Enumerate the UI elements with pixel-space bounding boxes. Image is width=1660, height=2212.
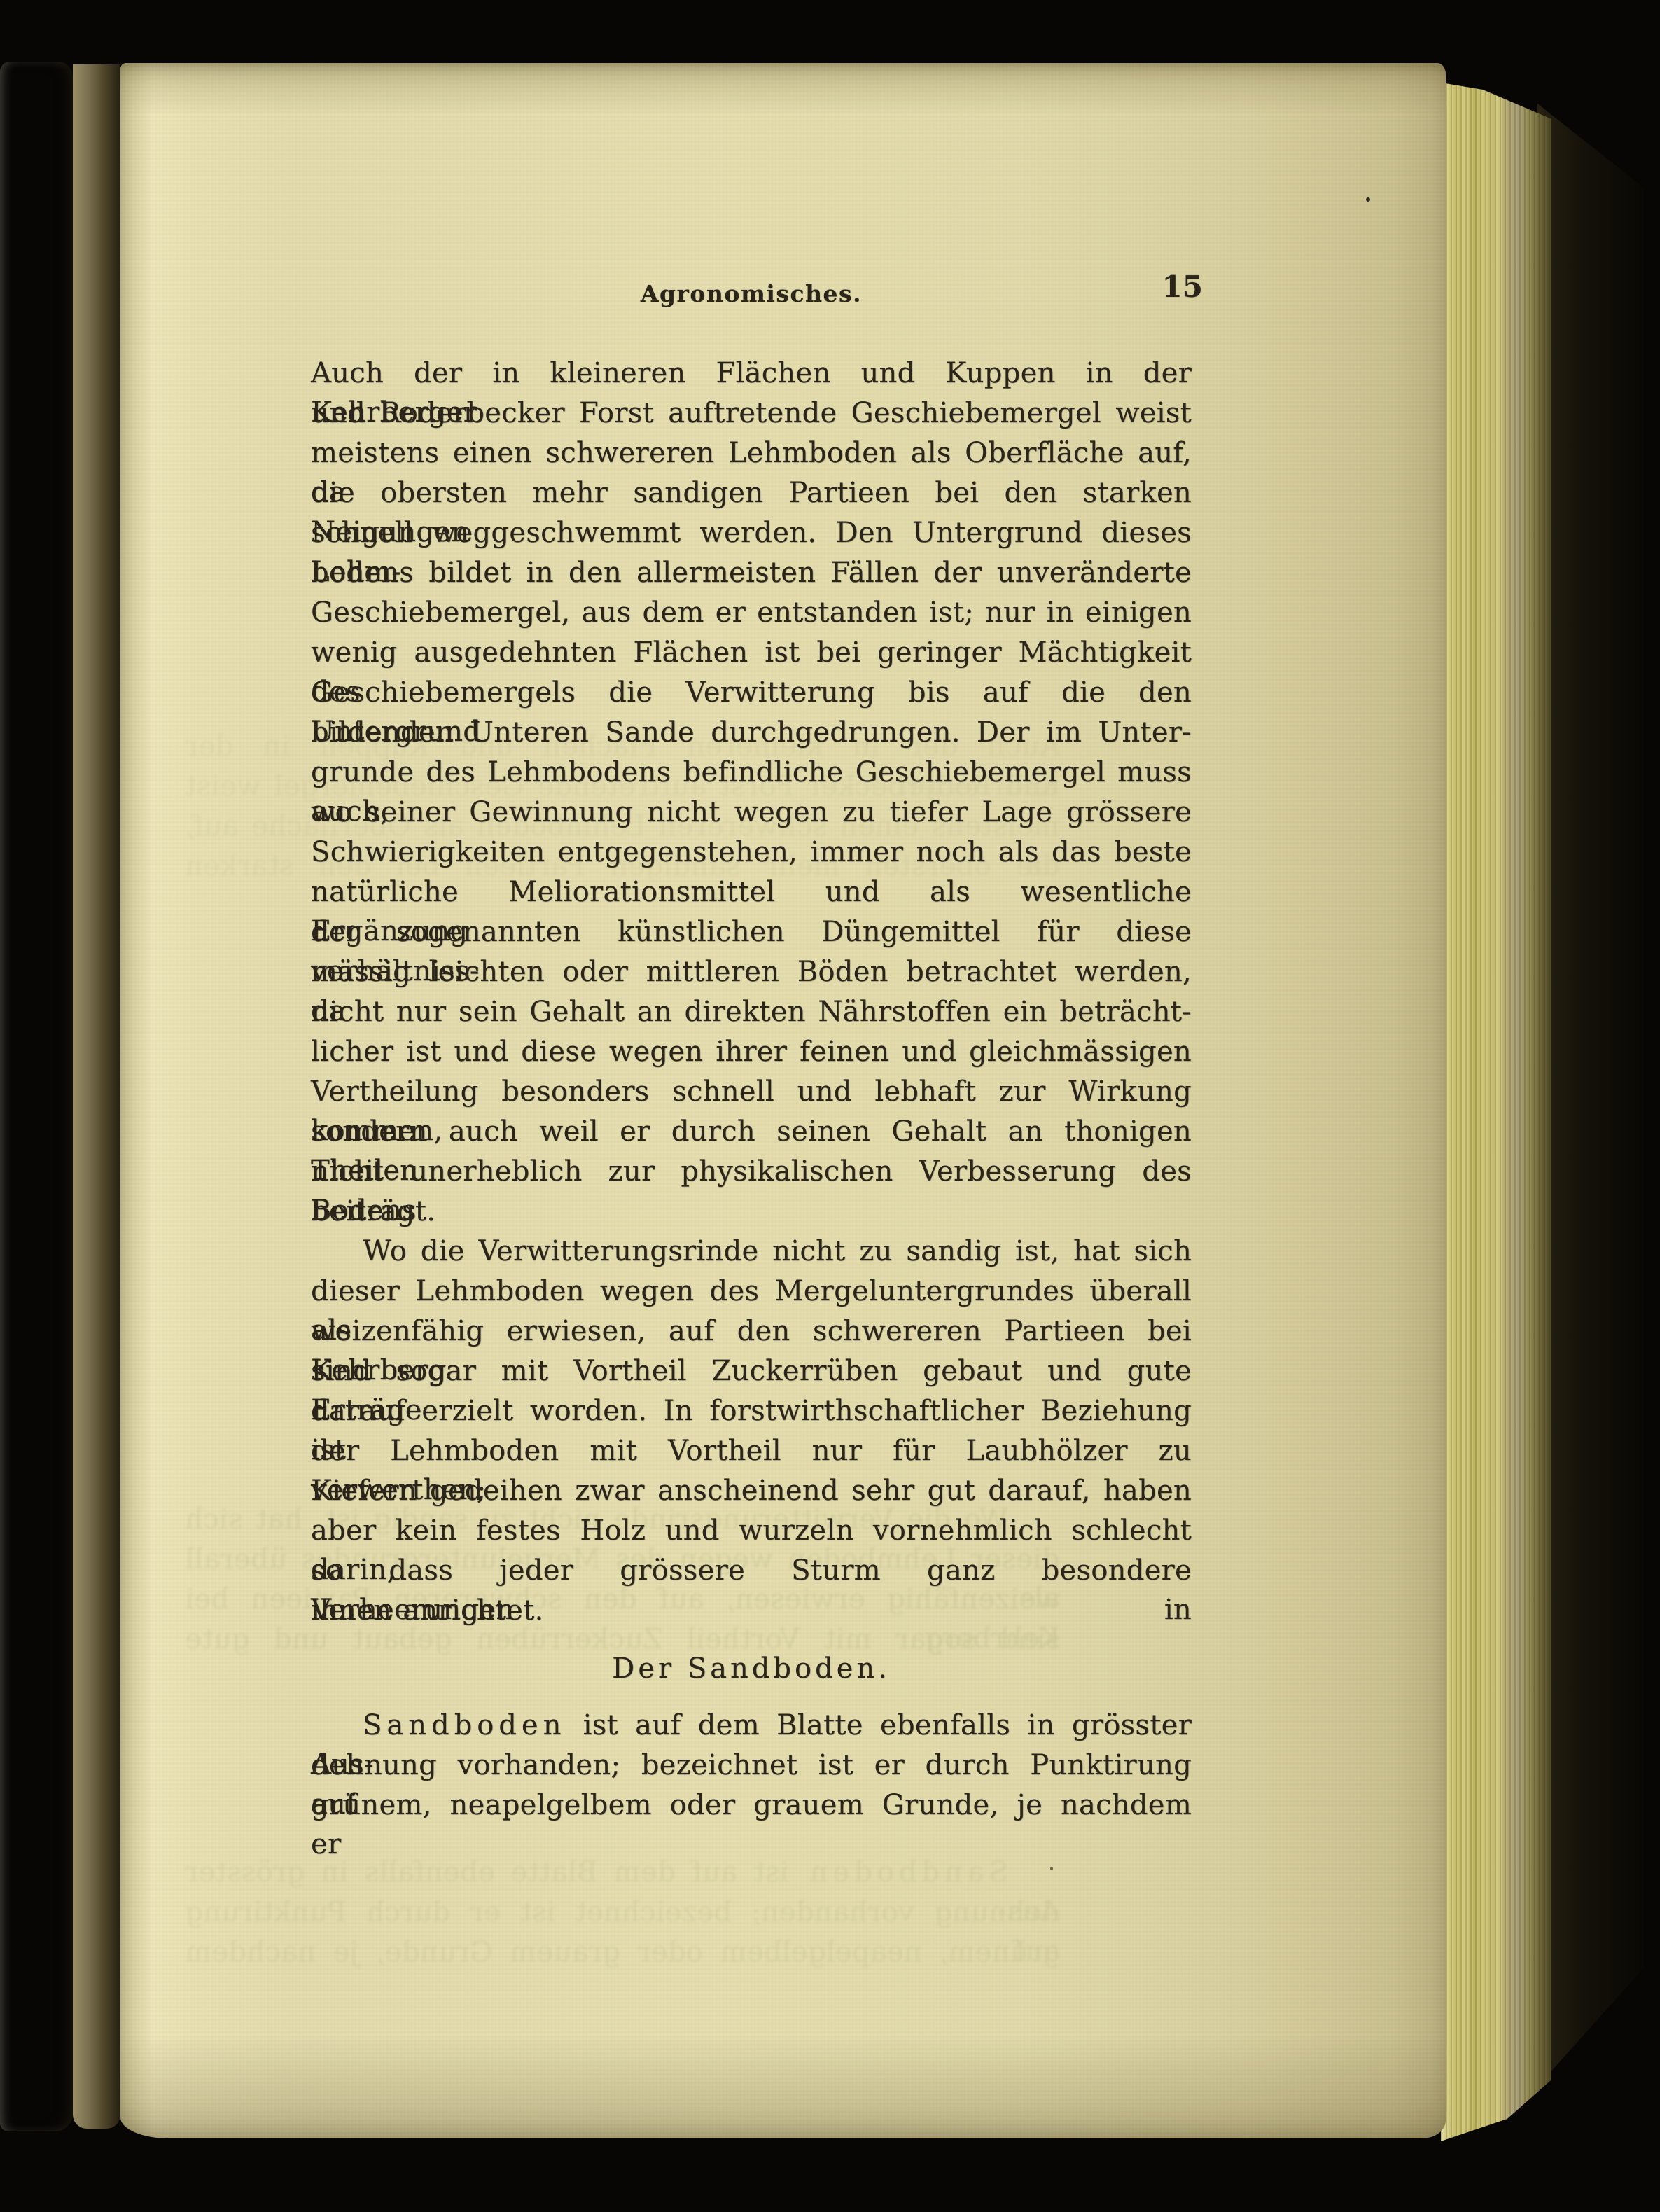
text-line: der sogenannten künstlichen Düngemittel … (311, 912, 1192, 952)
section-heading: Der Sandboden. (311, 1649, 1192, 1689)
book-cover-edge (1537, 104, 1644, 2122)
text-line: meistens einen schwereren Lehmboden als … (311, 433, 1192, 473)
running-header-title: Agronomisches. (311, 277, 1192, 312)
text-line: licher ist und diese wegen ihrer feinen … (311, 1032, 1192, 1072)
text-line: Geschiebemergel, aus dem er entstanden i… (311, 593, 1192, 633)
text-line: grunde des Lehmbodens befindliche Geschi… (311, 753, 1192, 793)
letterspaced-word: Sandboden (363, 1709, 566, 1741)
paragraph-3: Sandboden ist auf dem Blatte ebenfalls i… (311, 1706, 1192, 1825)
text-line: die obersten mehr sandigen Partieen bei … (311, 473, 1192, 513)
text-line: sondern auch weil er durch seinen Gehalt… (311, 1112, 1192, 1152)
page-number: 15 (1162, 270, 1203, 305)
text-line: und Roderbecker Forst auftretende Geschi… (311, 394, 1192, 433)
paper-speck (1366, 197, 1370, 202)
text-line: Kiefern gedeihen zwar anscheinend sehr g… (311, 1471, 1192, 1511)
text-line: natürliche Meliorationsmittel und als we… (311, 872, 1192, 912)
letterspaced-word: Sandboden (805, 1856, 1008, 1888)
paper-speck (1050, 1867, 1053, 1870)
text-line: Vertheilung besonders schnell und lebhaf… (311, 1072, 1192, 1112)
text-line: beiträgt. (311, 1192, 1192, 1232)
text-line: dehnung vorhanden; bezeichnet ist er dur… (311, 1746, 1192, 1786)
text-line: darauf erzielt worden. In forstwirthscha… (311, 1391, 1192, 1431)
text-line: weizenfähig erwiesen, auf den schwereren… (311, 1312, 1192, 1351)
book-page: Auch der in kleineren Flächen und Kuppen… (120, 63, 1446, 2138)
text-line: aber kein festes Holz und wurzeln vorneh… (311, 1511, 1192, 1551)
text-line: grünem, neapelgelbem oder grauem Grunde,… (185, 1933, 1060, 1973)
text-line: grünem, neapelgelbem oder grauem Grunde,… (311, 1786, 1192, 1825)
text-line: Sandboden ist auf dem Blatte ebenfalls i… (311, 1706, 1192, 1746)
facing-page-edge (0, 62, 73, 2131)
fore-edge-page-stack (1441, 78, 1551, 2144)
text-line: nicht nur sein Gehalt an direkten Nährst… (311, 992, 1192, 1032)
bleed-through-ghost: Sandboden ist auf dem Blatte ebenfalls i… (185, 1853, 1060, 1975)
text-line: der Lehmboden mit Vortheil nur für Laubh… (311, 1431, 1192, 1471)
text-line: dehnung vorhanden; bezeichnet ist er dur… (185, 1893, 1060, 1933)
gutter-shadow (73, 64, 120, 2129)
text-line: Wo die Verwitterungsrinde nicht zu sandi… (311, 1232, 1192, 1272)
text-line: nicht unerheblich zur physikalischen Ver… (311, 1152, 1192, 1192)
body-text: Auch der in kleineren Flächen und Kuppen… (311, 354, 1192, 1825)
text-line: sind sogar mit Vortheil Zuckerrüben geba… (311, 1351, 1192, 1391)
paragraph-2: Wo die Verwitterungsrinde nicht zu sandi… (311, 1232, 1192, 1631)
text-block: Agronomisches. 15 Auch der in kleineren … (311, 277, 1192, 1825)
text-line: wo seiner Gewinnung nicht wegen zu tiefe… (311, 793, 1192, 833)
text-line: dieser Lehmboden wegen des Mergeluntergr… (311, 1272, 1192, 1312)
text-line: mässig leichten oder mittleren Böden bet… (311, 952, 1192, 992)
text-line: schnell weggeschwemmt werden. Den Unterg… (311, 513, 1192, 553)
text-line: Geschiebemergels die Verwitterung bis au… (311, 673, 1192, 713)
text-line: so dass jeder grössere Sturm ganz besond… (311, 1551, 1192, 1591)
text-line: Auch der in kleineren Flächen und Kuppen… (311, 354, 1192, 394)
text-line: bildenden Unteren Sande durchgedrungen. … (311, 713, 1192, 753)
book-scan: Auch der in kleineren Flächen und Kuppen… (0, 0, 1660, 2212)
paragraph-1: Auch der in kleineren Flächen und Kuppen… (311, 354, 1192, 1232)
text-line: wenig ausgedehnten Flächen ist bei gerin… (311, 633, 1192, 673)
running-header: Agronomisches. 15 (311, 277, 1192, 319)
text-line: bodens bildet in den allermeisten Fällen… (311, 553, 1192, 593)
text-line: Schwierigkeiten entgegenstehen, immer no… (311, 833, 1192, 872)
